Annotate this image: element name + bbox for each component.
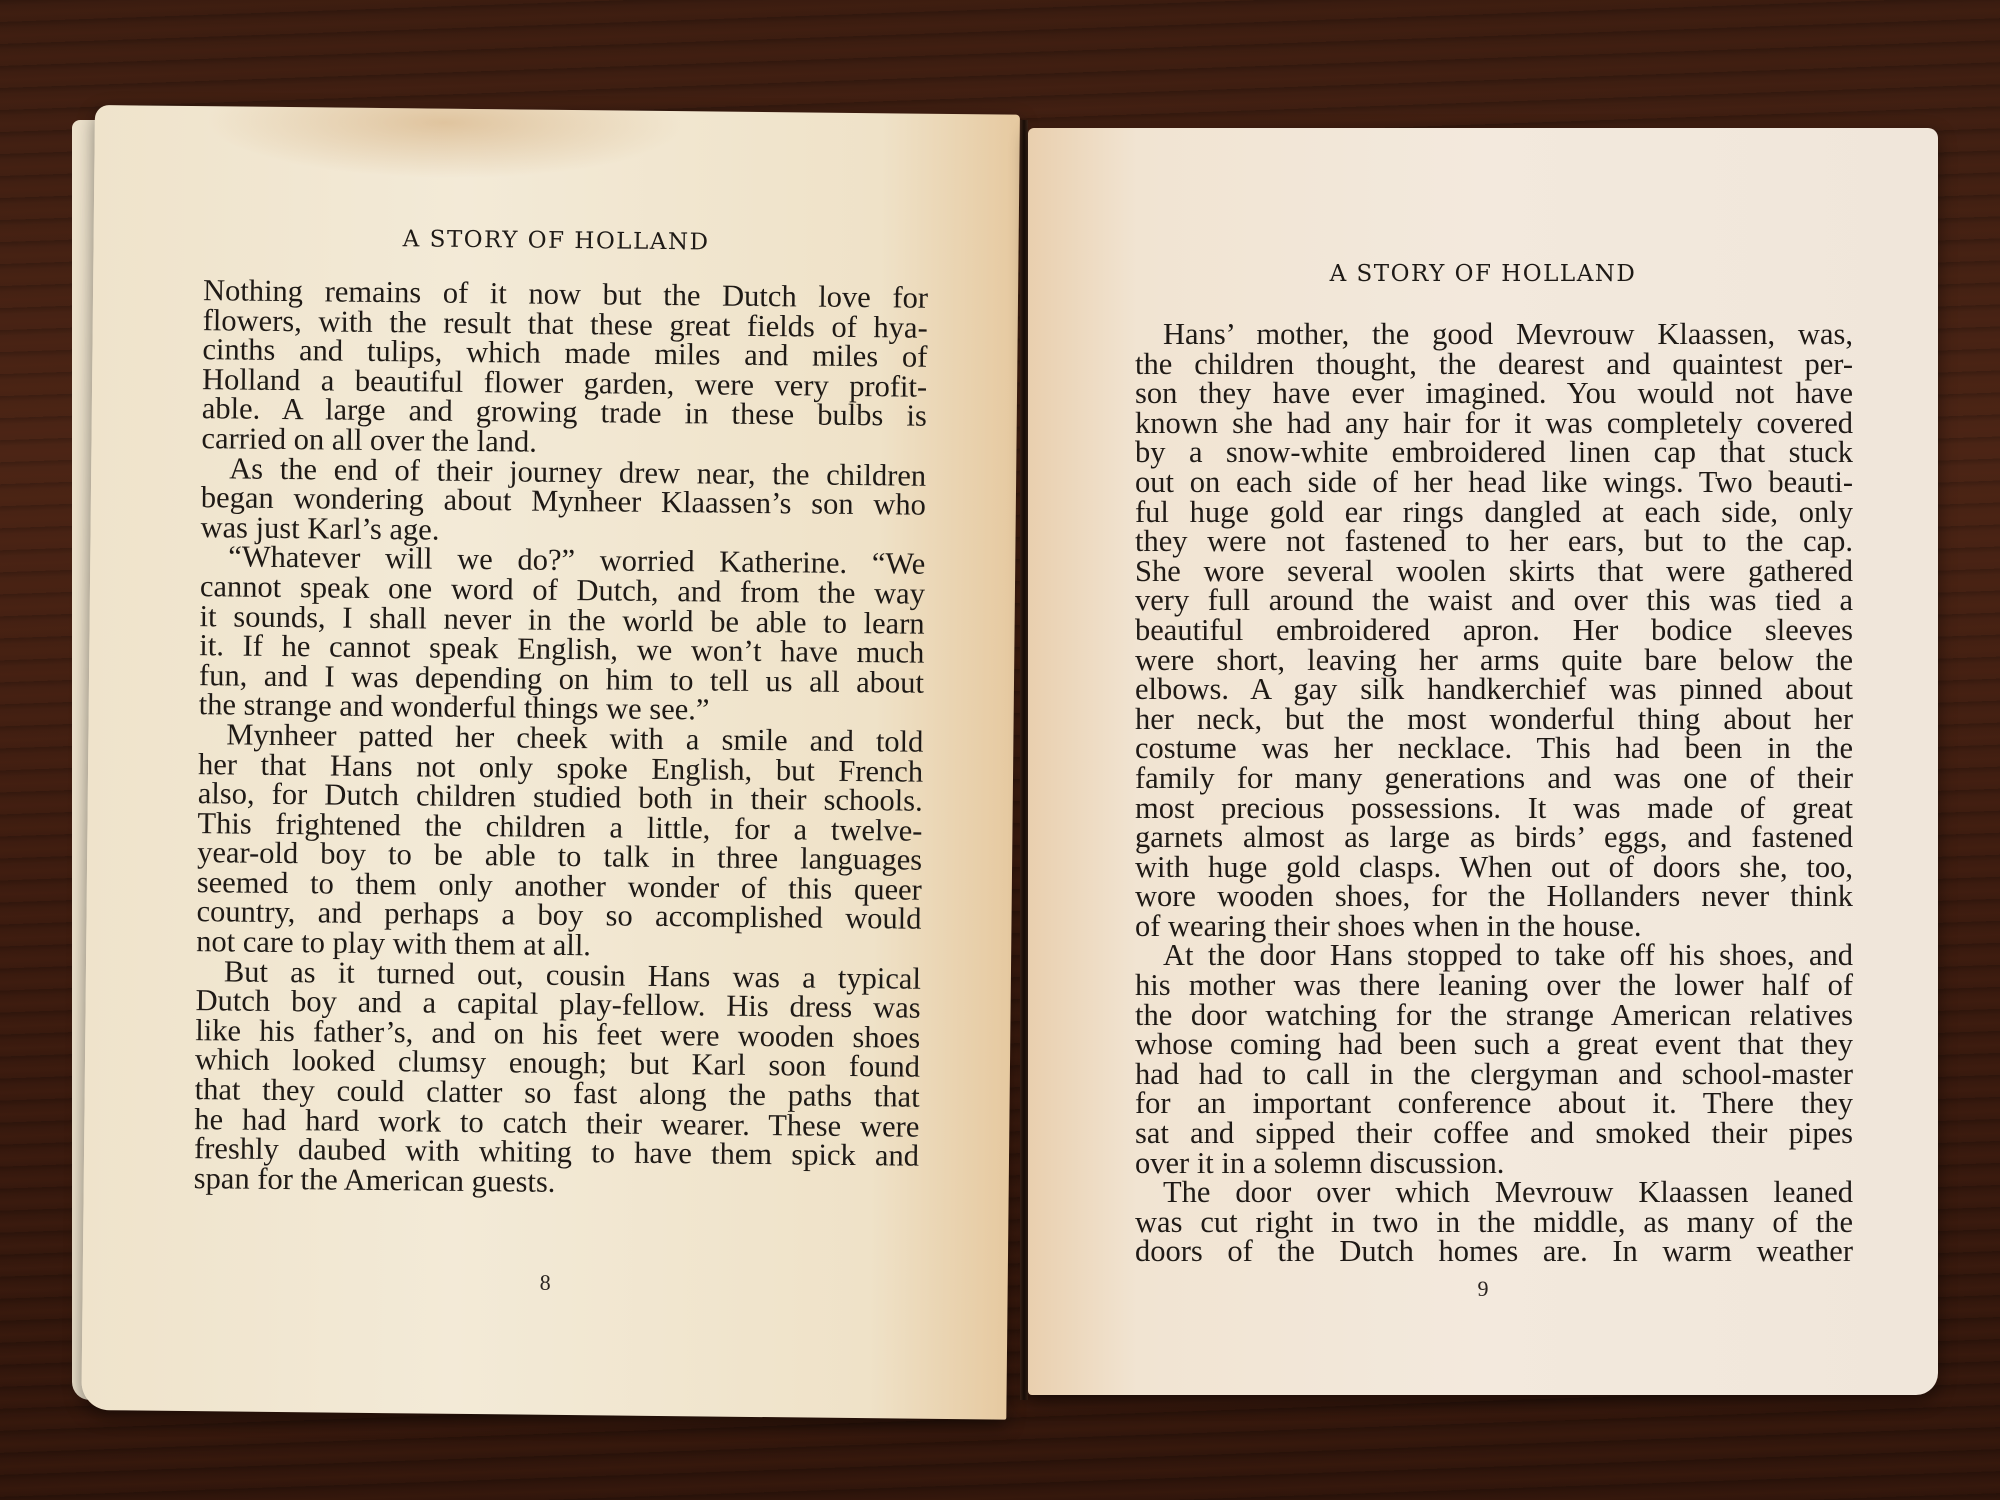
right-page-body: Hans’ mother, the good Mevrouw Klaassen,… xyxy=(1135,320,1853,1267)
book-spine xyxy=(1020,120,1028,1400)
text-line: family for many generations and was one … xyxy=(1135,764,1853,794)
text-line: were short, leaving her arms quite bare … xyxy=(1135,646,1853,676)
text-line: garnets almost as large as birds’ eggs, … xyxy=(1135,823,1853,853)
text-line: very full around the waist and over this… xyxy=(1135,586,1853,616)
page-number: 8 xyxy=(83,1265,1008,1301)
running-head: A STORY OF HOLLAND xyxy=(93,223,1018,259)
text-line: for an important conference about it. Th… xyxy=(1135,1089,1853,1119)
text-line: out on each side of her head like wings.… xyxy=(1135,468,1853,498)
text-line: ful huge gold ear rings dangled at each … xyxy=(1135,498,1853,528)
text-line: costume was her necklace. This had been … xyxy=(1135,734,1853,764)
text-line: whose coming had been such a great event… xyxy=(1135,1030,1853,1060)
text-line: over it in a solemn discussion. xyxy=(1135,1149,1853,1179)
water-stain xyxy=(204,106,685,181)
text-line: son they have ever imagined. You would n… xyxy=(1135,379,1853,409)
running-head: A STORY OF HOLLAND xyxy=(1028,261,1938,287)
text-line: wore wooden shoes, for the Hollanders ne… xyxy=(1135,882,1853,912)
text-line: his mother was there leaning over the lo… xyxy=(1135,971,1853,1001)
left-page: A STORY OF HOLLAND Nothing remains of it… xyxy=(81,105,1020,1420)
text-line: was cut right in two in the middle, as m… xyxy=(1135,1208,1853,1238)
text-line: The door over which Mevrouw Klaassen lea… xyxy=(1135,1178,1853,1208)
left-page-body: Nothing remains of it now but the Dutch … xyxy=(194,276,929,1201)
text-line: her neck, but the most wonderful thing a… xyxy=(1135,705,1853,735)
text-line: elbows. A gay silk handkerchief was pinn… xyxy=(1135,675,1853,705)
text-line: by a snow-white embroidered linen cap th… xyxy=(1135,438,1853,468)
text-line: beautiful embroidered apron. Her bodice … xyxy=(1135,616,1853,646)
text-line: Hans’ mother, the good Mevrouw Klaassen,… xyxy=(1135,320,1853,350)
text-line: known she had any hair for it was comple… xyxy=(1135,409,1853,439)
text-line: with huge gold clasps. When out of doors… xyxy=(1135,853,1853,883)
page-number: 9 xyxy=(1028,1276,1938,1302)
text-line: had had to call in the clergyman and sch… xyxy=(1135,1060,1853,1090)
text-line: they were not fastened to her ears, but … xyxy=(1135,527,1853,557)
text-line: the door watching for the strange Americ… xyxy=(1135,1001,1853,1031)
text-line: sat and sipped their coffee and smoked t… xyxy=(1135,1119,1853,1149)
right-page: A STORY OF HOLLAND Hans’ mother, the goo… xyxy=(1028,128,1938,1395)
text-line: the children thought, the dearest and qu… xyxy=(1135,350,1853,380)
text-line: of wearing their shoes when in the house… xyxy=(1135,912,1853,942)
text-line: doors of the Dutch homes are. In warm we… xyxy=(1135,1237,1853,1267)
text-line: At the door Hans stopped to take off his… xyxy=(1135,941,1853,971)
text-line: She wore several woolen skirts that were… xyxy=(1135,557,1853,587)
text-line: most precious possessions. It was made o… xyxy=(1135,794,1853,824)
